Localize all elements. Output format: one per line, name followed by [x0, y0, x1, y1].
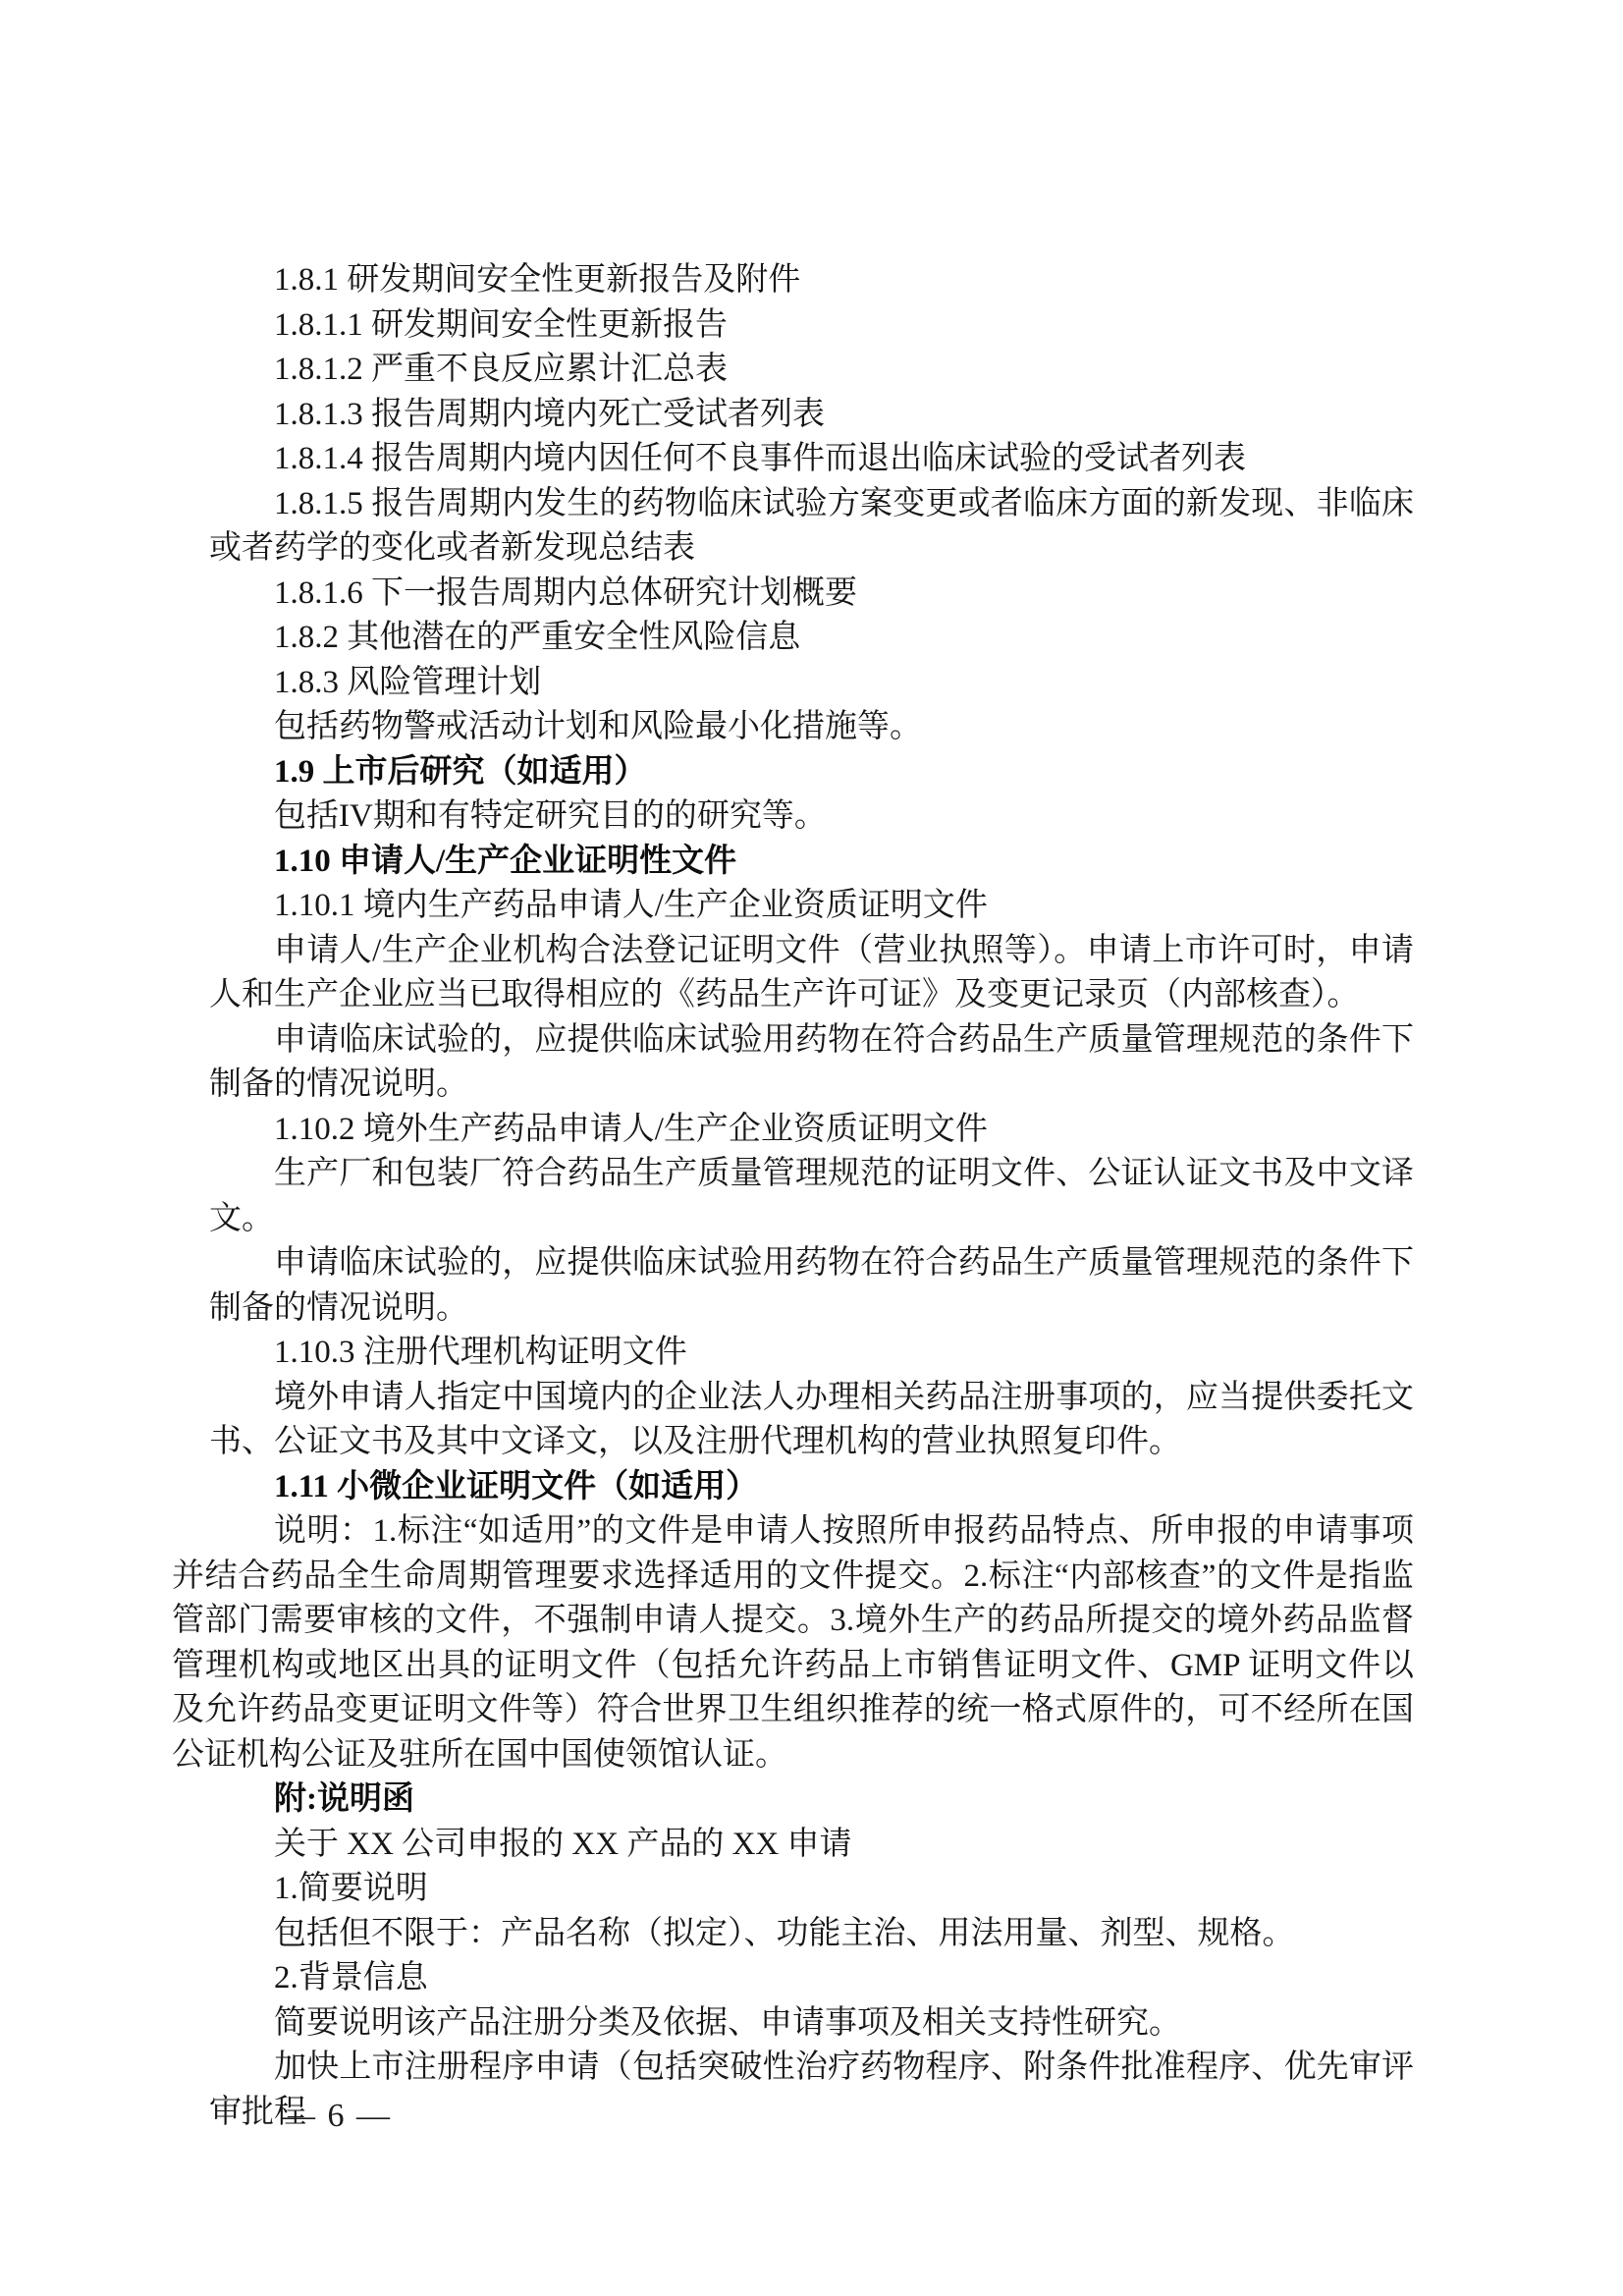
- para-1-8-1-1: 1.8.1.1 研发期间安全性更新报告: [209, 303, 1414, 349]
- para-appendix-1: 1.简要说明: [209, 1867, 1414, 1912]
- note-1-11: 说明：1.标注“如适用”的文件是申请人按照所申报药品特点、所申报的申请事项并结合…: [172, 1509, 1414, 1777]
- para-1-8-3: 1.8.3 风险管理计划: [209, 661, 1414, 706]
- document-page: 1.8.1 研发期间安全性更新报告及附件 1.8.1.1 研发期间安全性更新报告…: [0, 0, 1623, 2296]
- para-appendix-2: 2.背景信息: [209, 1956, 1414, 2001]
- para-1-10-2: 1.10.2 境外生产药品申请人/生产企业资质证明文件: [209, 1108, 1414, 1153]
- para-1-10-1: 1.10.1 境内生产药品申请人/生产企业资质证明文件: [209, 884, 1414, 929]
- para-appendix-1-desc: 包括但不限于：产品名称（拟定）、功能主治、用法用量、剂型、规格。: [209, 1912, 1414, 1957]
- heading-1-10: 1.10 申请人/生产企业证明性文件: [209, 840, 1414, 885]
- heading-1-11: 1.11 小微企业证明文件（如适用）: [209, 1465, 1414, 1510]
- page-number: — 6 —: [282, 2098, 392, 2134]
- para-1-10-3-desc1: 境外申请人指定中国境内的企业法人办理相关药品注册事项的，应当提供委托文书、公证文…: [209, 1376, 1414, 1465]
- document-body: 1.8.1 研发期间安全性更新报告及附件 1.8.1.1 研发期间安全性更新报告…: [209, 258, 1414, 2135]
- heading-1-9: 1.9 上市后研究（如适用）: [209, 750, 1414, 795]
- para-1-8-1-3: 1.8.1.3 报告周期内境内死亡受试者列表: [209, 393, 1414, 438]
- para-appendix-subject: 关于 XX 公司申报的 XX 产品的 XX 申请: [209, 1823, 1414, 1868]
- para-1-8-1-2: 1.8.1.2 严重不良反应累计汇总表: [209, 348, 1414, 393]
- para-appendix-2-desc: 简要说明该产品注册分类及依据、申请事项及相关支持性研究。: [209, 2001, 1414, 2047]
- para-1-8-1: 1.8.1 研发期间安全性更新报告及附件: [209, 258, 1414, 303]
- para-1-8-1-6: 1.8.1.6 下一报告周期内总体研究计划概要: [209, 572, 1414, 617]
- footer: — 6 —: [241, 2049, 392, 2184]
- para-1-10-1-desc1: 申请人/生产企业机构合法登记证明文件（营业执照等）。申请上市许可时，申请人和生产…: [209, 929, 1414, 1018]
- para-1-9-desc: 包括IV期和有特定研究目的的研究等。: [209, 794, 1414, 840]
- para-1-10-2-desc1: 生产厂和包装厂符合药品生产质量管理规范的证明文件、公证认证文书及中文译文。: [209, 1152, 1414, 1241]
- para-1-8-1-4: 1.8.1.4 报告周期内境内因任何不良事件而退出临床试验的受试者列表: [209, 437, 1414, 482]
- para-1-10-2-desc2: 申请临床试验的，应提供临床试验用药物在符合药品生产质量管理规范的条件下制备的情况…: [209, 1241, 1414, 1331]
- para-1-8-1-5: 1.8.1.5 报告周期内发生的药物临床试验方案变更或者临床方面的新发现、非临床…: [209, 482, 1414, 572]
- para-1-8-3-desc: 包括药物警戒活动计划和风险最小化措施等。: [209, 705, 1414, 750]
- heading-appendix: 附:说明函: [209, 1777, 1414, 1823]
- para-1-8-2: 1.8.2 其他潜在的严重安全性风险信息: [209, 616, 1414, 661]
- para-1-10-3: 1.10.3 注册代理机构证明文件: [209, 1331, 1414, 1376]
- para-1-10-1-desc2: 申请临床试验的，应提供临床试验用药物在符合药品生产质量管理规范的条件下制备的情况…: [209, 1018, 1414, 1108]
